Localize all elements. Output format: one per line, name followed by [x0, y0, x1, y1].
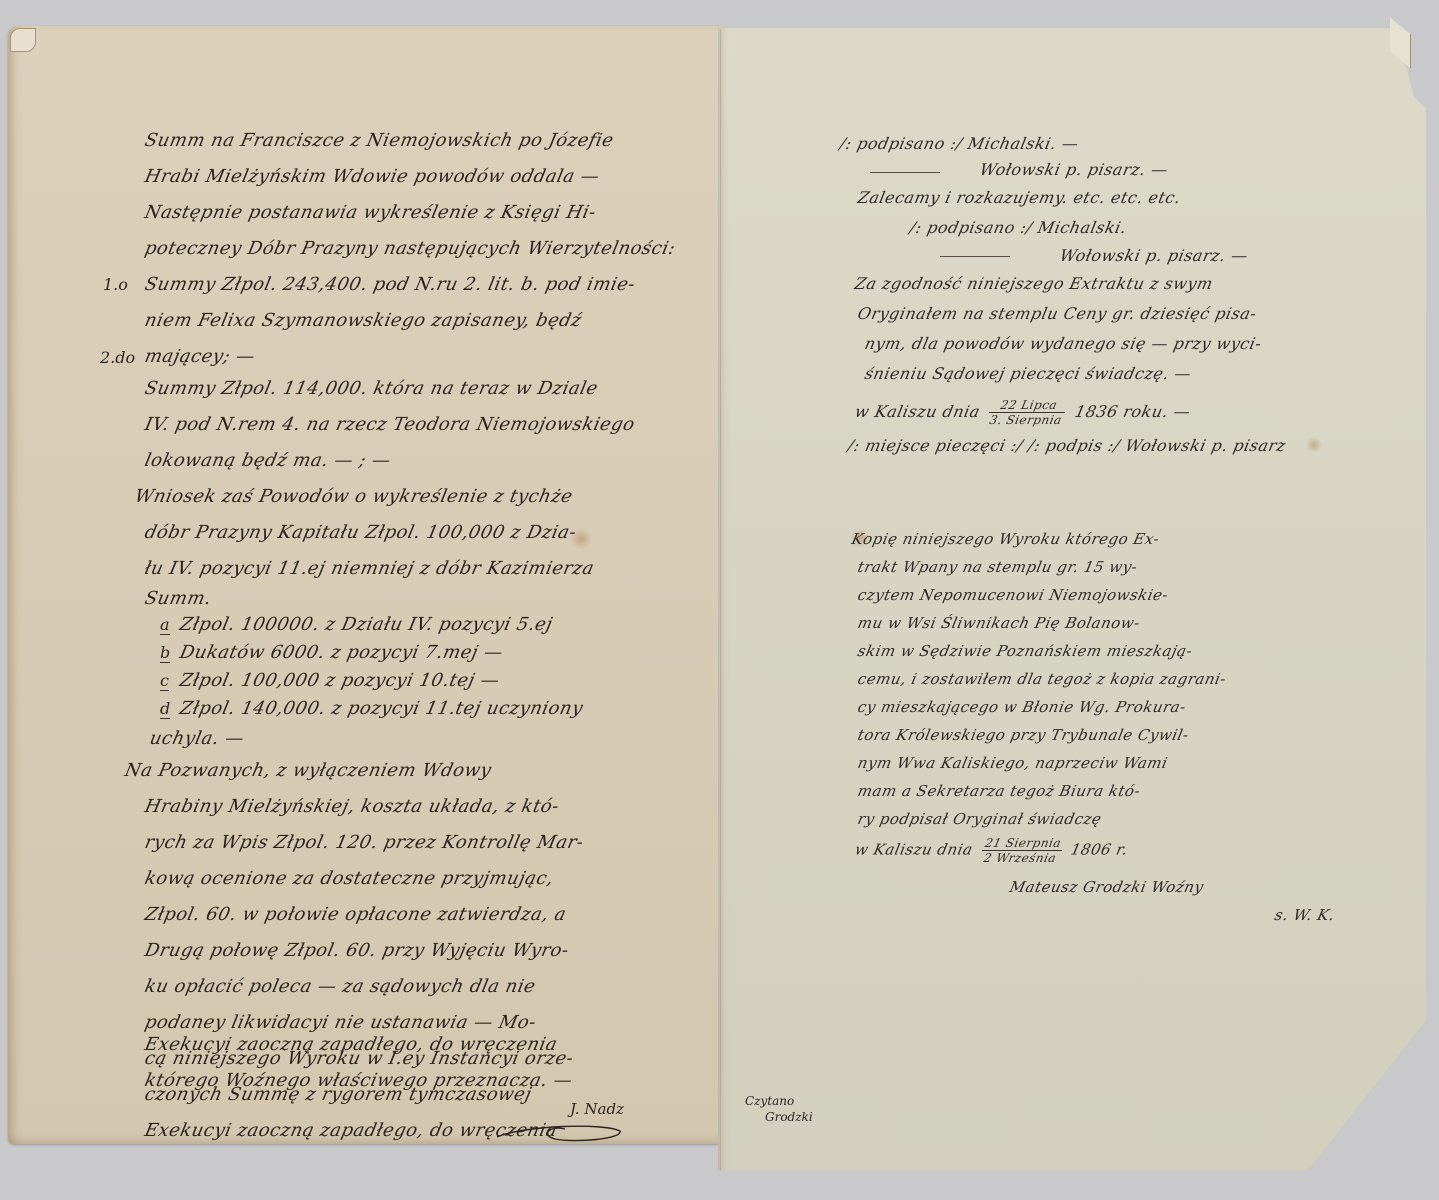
text-line: uchyla. —: [148, 728, 246, 749]
date-year: 1836 roku. —: [1073, 402, 1192, 421]
text-line: Wołowski p. pisarz. —: [978, 160, 1170, 179]
text-line: którego Woźnego właściwego przeznacza. —: [143, 1070, 575, 1091]
date-fraction: 22 Lipca 3. Sierpnia: [986, 398, 1068, 427]
text-line: ry podpisał Oryginał świadczę: [856, 810, 1103, 828]
read-note-signature: Grodzki: [765, 1110, 813, 1124]
text-line: Na Pozwanych, z wyłączeniem Wdowy: [123, 760, 494, 781]
date-fraction-bottom: 3. Sierpnia: [986, 413, 1065, 427]
text-line: Summy Złpol. 114,000. która na teraz w D…: [143, 378, 600, 399]
text-line: śnieniu Sądowej pieczęci świadczę. —: [863, 364, 1193, 383]
item-marker: 2.do: [100, 348, 135, 367]
text-line: /: miejsce pieczęci :/ /: podpis :/ Woło…: [846, 436, 1288, 455]
text-line: trakt Wpany na stemplu gr. 15 wy-: [856, 558, 1139, 576]
text-line: IV. pod N.rem 4. na rzecz Teodora Niemoj…: [143, 414, 637, 435]
text-line: /: podpisano :/ Michalski.: [908, 218, 1129, 237]
text-line: Kopię niniejszego Wyroku którego Ex-: [850, 530, 1161, 548]
text-line: ku opłacić poleca — za sądowych dla nie: [143, 976, 538, 997]
text-line: Hrabiny Mielżyńskiej, koszta układa, z k…: [143, 796, 561, 817]
text-line: Summy Złpol. 243,400. pod N.ru 2. lit. b…: [143, 274, 638, 295]
text-line: Wołowski p. pisarz. —: [1058, 246, 1250, 265]
rule-line: [870, 172, 940, 173]
text-line: niem Felixa Szymanowskiego zapisaney, bę…: [143, 310, 584, 331]
read-note: Czytano: [745, 1094, 794, 1108]
text-line: czytem Nepomucenowi Niemojowskie-: [856, 586, 1170, 604]
text-line: mam a Sekretarza tegoż Biura któ-: [856, 782, 1142, 800]
item-marker: c: [160, 671, 169, 691]
copy-date-line: w Kaliszu dnia 21 Sierpnia 2 Września 18…: [852, 836, 1131, 865]
text-line: nym Wwa Kaliskiego, naprzeciw Wami: [856, 754, 1169, 772]
text-line: mającey; —: [143, 346, 257, 367]
text-line: /: podpisano :/ Michalski. —: [838, 134, 1081, 153]
text-line: Wniosek zaś Powodów o wykreślenie z tych…: [133, 486, 575, 507]
copy-date-fraction-top: 21 Sierpnia: [982, 836, 1065, 851]
copy-date-year: 1806 r.: [1069, 841, 1130, 859]
copy-date-prefix: w Kaliszu dnia: [853, 841, 974, 859]
text-line: łu IV. pozycyi 11.ej niemniej z dóbr Kaz…: [143, 558, 596, 579]
text-line: Złpol. 100,000 z pozycyi 10.tej —: [178, 670, 502, 691]
copy-date-fraction: 21 Sierpnia 2 Września: [979, 836, 1065, 865]
ink-stain: [1305, 438, 1323, 452]
text-line: lokowaną będź ma. — ; —: [143, 450, 393, 471]
text-line: Summ.: [143, 588, 214, 609]
text-line: nym, dla powodów wydanego się — przy wyc…: [863, 334, 1263, 353]
text-line: Zalecamy i rozkazujemy. etc. etc. etc.: [856, 188, 1183, 207]
date-line: w Kaliszu dnia 22 Lipca 3. Sierpnia 1836…: [852, 398, 1193, 427]
date-fraction-top: 22 Lipca: [989, 398, 1068, 413]
text-line: Hrabi Mielżyńskim Wdowie powodów oddala …: [143, 166, 602, 187]
text-line: Summ na Franciszce z Niemojowskich po Jó…: [143, 130, 616, 151]
bailiff-signature: Mateusz Grodzki Woźny: [1008, 878, 1205, 896]
text-line: Oryginałem na stemplu Ceny gr. dziesięć …: [856, 304, 1258, 323]
text-line: cemu, i zostawiłem dla tegoż z kopia zag…: [856, 670, 1228, 688]
text-line: dóbr Prazyny Kapitału Złpol. 100,000 z D…: [143, 522, 579, 543]
signature-flourish-icon: [495, 1115, 625, 1145]
bailiff-title: s. W. K.: [1273, 906, 1336, 924]
text-line: Za zgodność niniejszego Extraktu z swym: [853, 274, 1215, 293]
text-line: Złpol. 100000. z Działu IV. pozycyi 5.ej: [178, 614, 555, 635]
rule-line: [940, 256, 1010, 257]
text-line: podaney likwidacyi nie ustanawia — Mo-: [143, 1012, 538, 1033]
text-line: Drugą połowę Złpol. 60. przy Wyjęciu Wyr…: [143, 940, 571, 961]
date-prefix: w Kaliszu dnia: [853, 402, 982, 421]
folded-corner-top-left: [10, 28, 36, 52]
item-marker: b: [160, 643, 170, 663]
text-line: tora Królewskiego przy Trybunale Cywil-: [856, 726, 1190, 744]
text-line: kową ocenione za dostateczne przyjmując,: [143, 868, 556, 889]
text-line: Złpol. 140,000. z pozycyi 11.tej uczynio…: [178, 698, 585, 719]
text-line: skim w Sędziwie Poznańskiem mieszkają-: [856, 642, 1194, 660]
text-line: Następnie postanawia wykreślenie z Księg…: [143, 202, 598, 223]
copy-date-fraction-bottom: 2 Września: [979, 851, 1062, 865]
text-line: mu w Wsi Śliwnikach Pię Bolanow-: [856, 614, 1142, 632]
item-marker: a: [160, 615, 170, 635]
text-line: Złpol. 60. w połowie opłacone zatwierdza…: [143, 904, 569, 925]
text-line: cy mieszkającego w Błonie Wg. Prokura-: [856, 698, 1188, 716]
text-line: rych za Wpis Złpol. 120. przez Kontrollę…: [143, 832, 586, 853]
page-gutter: [720, 30, 722, 1170]
item-marker: 1.o: [103, 275, 128, 294]
text-line: poteczney Dóbr Prazyny następujących Wie…: [143, 238, 678, 259]
text-line: Exekucyi zaoczną zapadłego, do wręczenia: [143, 1034, 560, 1055]
item-marker: d: [160, 699, 170, 719]
text-line: Dukatów 6000. z pozycyi 7.mej —: [178, 642, 505, 663]
